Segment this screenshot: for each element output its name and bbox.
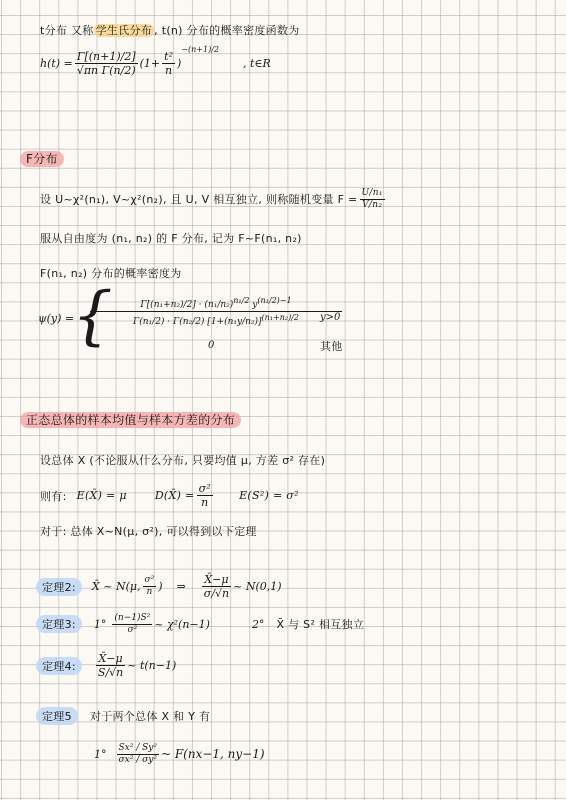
theorem-2: 定理2: X̄ ~ N(μ, σ² n ) ⇒ X̄−μ σ/√n ~ N(0,… [36, 573, 282, 600]
theorem-3-item2-index: 2° [252, 618, 265, 631]
f-dist-definition-line2: 服从自由度为 (n₁, n₂) 的 F 分布, 记为 F~F(n₁, n₂) [40, 230, 302, 246]
f-pdf-case2-value: 0 [208, 340, 214, 351]
t-pdf-lhs: h(t) = [40, 57, 73, 70]
f-pdf-num-main: Γ[(n₁+n₂)/2] · (n₁/n₂) [140, 300, 233, 310]
theorem-2-rhs-dist: ~ N(0,1) [233, 580, 281, 593]
f-pdf-numerator: Γ[(n₁+n₂)/2] · (n₁/n₂)n₁/2 y(n₁/2)−1 [90, 290, 342, 312]
theorem-2-lhs-frac-den: n [145, 587, 155, 598]
theorem-5-item1: 1° Sx² / Sy² σx² / σy² ~ F(nx−1, ny−1) [94, 743, 265, 766]
f-dist-title-label: F分布 [20, 151, 64, 167]
sampling-then-label: 则有: [40, 488, 67, 504]
theorem-2-lhs-fraction: σ² n [143, 575, 157, 598]
theorem-4-dist: ~ t(n−1) [127, 659, 176, 672]
t-pdf-paren-left: (1+ [140, 57, 161, 70]
f-dist-definition-line1: 设 U~χ²(n₁), V~χ²(n₂), 且 U, V 相互独立, 则称随机变… [40, 188, 387, 211]
theorem-3-item2-text: X̄ 与 S² 相互独立 [276, 616, 364, 632]
sampling-line3: 对于: 总体 X~N(μ, σ²), 可以得到以下定理 [40, 523, 257, 539]
sampling-title-label: 正态总体的样本均值与样本方差的分布 [20, 412, 241, 428]
expected-sample-variance: E(S²) = σ² [239, 489, 299, 502]
t-dist-intro-suffix: , t(n) 分布的概率密度函数为 [154, 24, 299, 37]
variance-of-mean-fraction: σ² n [197, 482, 214, 509]
theorem-5-item1-den: σx² / σy² [117, 755, 159, 766]
theorem-4-fraction: X̄−μ S/√n [96, 652, 125, 679]
f-def-fraction: U/n₁ V/n₂ [360, 188, 385, 211]
t-dist-intro: t分布 又称学生氏分布, t(n) 分布的概率密度函数为 [40, 22, 300, 38]
theorem-4: 定理4: X̄−μ S/√n ~ t(n−1) [36, 652, 176, 679]
f-pdf-den-main: Γ(n₁/2) · Γ(n₂/2) [1+(n₁y/n₂)] [133, 317, 262, 327]
theorem-3-item1-num: (n−1)S² [112, 613, 152, 625]
t-pdf-inner-fraction: t² n [162, 50, 175, 77]
f-pdf-den-exp: (n₁+n₂)/2 [262, 313, 299, 322]
theorem-2-rhs-fraction: X̄−μ σ/√n [202, 573, 231, 600]
t-pdf-numerator: Γ[(n+1)/2] [75, 50, 138, 64]
f-pdf-denominator: Γ(n₁/2) · Γ(n₂/2) [1+(n₁y/n₂)](n₁+n₂)/2 [90, 312, 342, 327]
theorem-5-item1-fraction: Sx² / Sy² σx² / σy² [117, 743, 159, 766]
t-dist-intro-prefix: t分布 又称 [40, 24, 94, 37]
theorem-3-item1-fraction: (n−1)S² σ² [112, 613, 152, 636]
variance-of-mean-lhs: D(X̄) = [155, 489, 195, 502]
theorem-2-rhs-num: X̄−μ [202, 573, 230, 587]
sampling-line1: 设总体 X (不论服从什么分布, 只要均值 μ, 方差 σ² 存在) [40, 452, 325, 468]
theorem-5-item1-num: Sx² / Sy² [117, 743, 159, 755]
expected-mean: E(X̄) = μ [77, 489, 127, 502]
sampling-section-title: 正态总体的样本均值与样本方差的分布 [20, 411, 241, 428]
theorem-3-label: 定理3: [36, 615, 82, 633]
t-pdf-exponent: −(n+1)/2 [181, 45, 219, 54]
theorem-2-label: 定理2: [36, 578, 82, 596]
f-pdf-lhs: ψ(y) = [38, 312, 74, 325]
implies-arrow-icon: ⇒ [177, 580, 186, 593]
theorem-5-intro: 对于两个总体 X 和 Y 有 [90, 708, 210, 724]
f-pdf-case1-condition: y>0 [320, 312, 340, 323]
theorem-2-lhs: X̄ ~ N(μ, [92, 580, 141, 593]
t-pdf-inner-den: n [163, 64, 174, 77]
theorem-4-num: X̄−μ [96, 652, 124, 666]
variance-of-mean-den: n [199, 496, 210, 509]
f-pdf-case2-condition: 其他 [320, 338, 343, 354]
theorem-3-item1-den: σ² [125, 625, 139, 636]
f-def-frac-num: U/n₁ [360, 188, 385, 200]
f-def-frac-den: V/n₂ [360, 200, 384, 211]
theorem-3: 定理3: 1° (n−1)S² σ² ~ χ²(n−1) 2° X̄ 与 S² … [36, 613, 364, 636]
f-pdf-case1-fraction: Γ[(n₁+n₂)/2] · (n₁/n₂)n₁/2 y(n₁/2)−1 Γ(n… [90, 290, 342, 327]
f-def-text: 设 U~χ²(n₁), V~χ²(n₂), 且 U, V 相互独立, 则称随机变… [40, 191, 358, 207]
f-pdf-num-exp2: (n₁/2)−1 [257, 296, 291, 305]
theorem-4-label: 定理4: [36, 657, 82, 675]
variance-of-mean-num: σ² [197, 482, 214, 496]
sampling-line2: 则有: E(X̄) = μ D(X̄) = σ² n E(S²) = σ² [40, 482, 299, 509]
student-t-highlight: 学生氏分布 [94, 24, 155, 37]
t-pdf-denominator: √πn Γ(n/2) [75, 64, 138, 77]
theorem-5-label: 定理5 [36, 707, 78, 725]
t-pdf-inner-num: t² [162, 50, 175, 64]
theorem-2-lhs-frac-num: σ² [143, 575, 157, 587]
theorem-4-den: S/√n [96, 666, 125, 679]
theorem-5-item1-index: 1° [94, 748, 107, 761]
f-pdf-num-exp1: n₁/2 [233, 296, 249, 305]
theorem-2-rhs-den: σ/√n [202, 587, 231, 600]
t-pdf-domain: , t∈R [243, 57, 271, 70]
t-pdf-main-fraction: Γ[(n+1)/2] √πn Γ(n/2) [75, 50, 138, 77]
theorem-5: 定理5 对于两个总体 X 和 Y 有 [36, 707, 210, 725]
t-pdf-paren-right: ) [177, 57, 181, 70]
theorem-3-item1-index: 1° [94, 618, 107, 631]
theorem-3-item1-dist: ~ χ²(n−1) [154, 618, 210, 631]
theorem-5-item1-dist: ~ F(nx−1, ny−1) [161, 747, 265, 761]
f-dist-title: F分布 [20, 150, 64, 167]
theorem-2-lhs-close: ) [158, 580, 162, 593]
t-pdf-formula: h(t) = Γ[(n+1)/2] √πn Γ(n/2) (1+ t² n ) … [40, 50, 271, 77]
